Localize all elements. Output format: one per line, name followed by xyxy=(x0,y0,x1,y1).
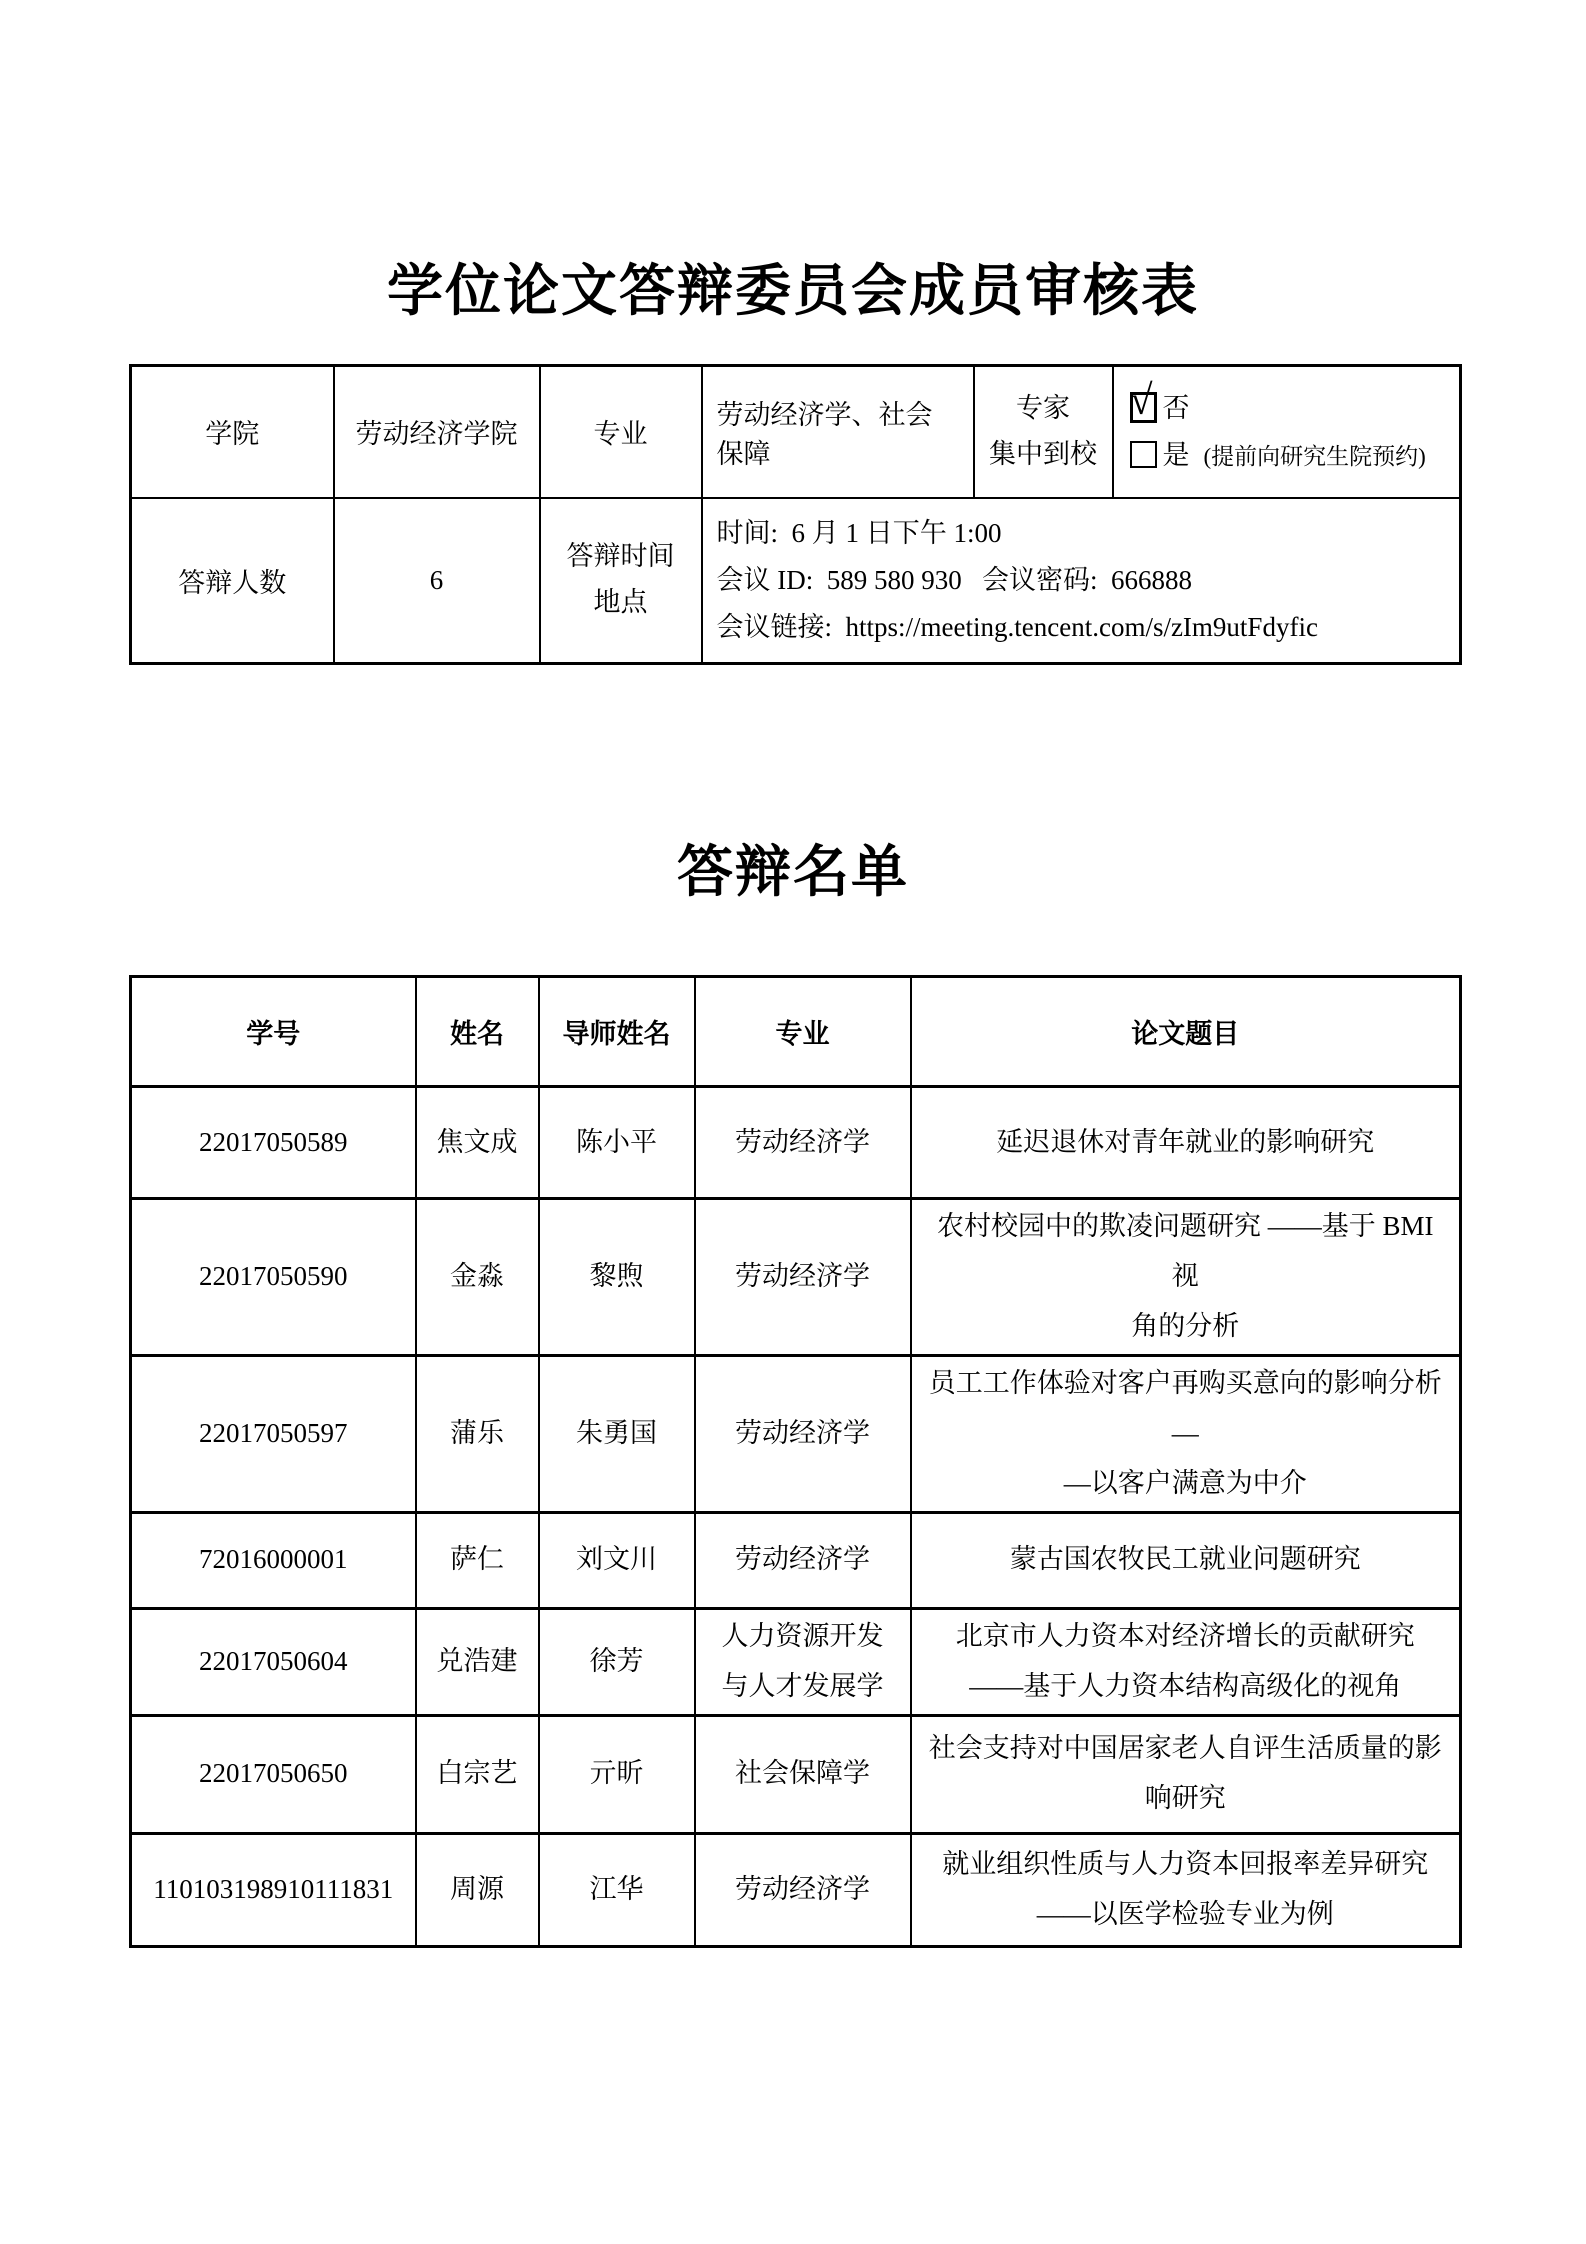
schedule-label: 答辩时间 地点 xyxy=(540,498,702,664)
header-major: 专业 xyxy=(695,977,911,1087)
expert-label-line1: 专家 xyxy=(981,386,1106,432)
major-cell: 劳动经济学 xyxy=(695,1087,911,1199)
name-cell: 白宗艺 xyxy=(416,1715,539,1833)
option-yes-label: 是 xyxy=(1163,440,1190,470)
thesis-title-cell: 蒙古国农牧民工就业问题研究 xyxy=(911,1512,1461,1608)
student-id-cell: 72016000001 xyxy=(131,1512,416,1608)
header-name: 姓名 xyxy=(416,977,539,1087)
major-cell: 劳动经济学 xyxy=(695,1355,911,1512)
table-row: 22017050604 兑浩建 徐芳 人力资源开发 与人才发展学 北京市人力资本… xyxy=(131,1608,1461,1715)
option-yes-note: (提前向研究生院预约) xyxy=(1204,444,1426,469)
name-cell: 蒲乐 xyxy=(416,1355,539,1512)
major-cell: 社会保障学 xyxy=(695,1715,911,1833)
expert-onsite-label: 专家 集中到校 xyxy=(974,366,1113,498)
defense-table: 学号 姓名 导师姓名 专业 论文题目 22017050589 焦文成 陈小平 劳… xyxy=(129,975,1462,1948)
thesis-title-cell: 社会支持对中国居家老人自评生活质量的影 响研究 xyxy=(911,1715,1461,1833)
name-cell: 萨仁 xyxy=(416,1512,539,1608)
meeting-time: 时间: 6 月 1 日下午 1:00 xyxy=(717,510,1446,557)
major-value: 劳动经济学、社会 保障 xyxy=(702,366,974,498)
thesis-title-cell: 员工工作体验对客户再购买意向的影响分析— —以客户满意为中介 xyxy=(911,1355,1461,1512)
list-title: 答辩名单 xyxy=(0,828,1586,908)
name-cell: 周源 xyxy=(416,1833,539,1946)
student-id-cell: 110103198910111831 xyxy=(131,1833,416,1946)
table-row: 22017050590 金淼 黎煦 劳动经济学 农村校园中的欺凌问题研究 ——基… xyxy=(131,1199,1461,1356)
thesis-title-cell: 就业组织性质与人力资本回报率差异研究 ——以医学检验专业为例 xyxy=(911,1833,1461,1946)
student-id-cell: 22017050650 xyxy=(131,1715,416,1833)
meeting-link[interactable]: https://meeting.tencent.com/s/zIm9utFdyf… xyxy=(846,612,1318,642)
info-table: 学院 劳动经济学院 专业 劳动经济学、社会 保障 专家 集中到校 √否 是(提前… xyxy=(129,364,1462,665)
college-value: 劳动经济学院 xyxy=(334,366,540,498)
option-no: √否 xyxy=(1130,392,1446,424)
header-student-id: 学号 xyxy=(131,977,416,1087)
thesis-title-cell: 延迟退休对青年就业的影响研究 xyxy=(911,1087,1461,1199)
student-id-cell: 22017050604 xyxy=(131,1608,416,1715)
name-cell: 金淼 xyxy=(416,1199,539,1356)
major-cell: 劳动经济学 xyxy=(695,1833,911,1946)
student-id-cell: 22017050597 xyxy=(131,1355,416,1512)
advisor-cell: 黎煦 xyxy=(539,1199,695,1356)
meeting-details: 时间: 6 月 1 日下午 1:00 会议 ID: 589 580 930 会议… xyxy=(702,498,1461,664)
table-row: 72016000001 萨仁 刘文川 劳动经济学 蒙古国农牧民工就业问题研究 xyxy=(131,1512,1461,1608)
check-mark-icon: √ xyxy=(1130,380,1153,422)
student-id-cell: 22017050589 xyxy=(131,1087,416,1199)
college-label: 学院 xyxy=(131,366,334,498)
table-row: 22017050650 白宗艺 亓昕 社会保障学 社会支持对中国居家老人自评生活… xyxy=(131,1715,1461,1833)
meeting-link-label: 会议链接: xyxy=(717,612,846,642)
table-row: 22017050597 蒲乐 朱勇国 劳动经济学 员工工作体验对客户再购买意向的… xyxy=(131,1355,1461,1512)
thesis-title-cell: 农村校园中的欺凌问题研究 ——基于 BMI 视 角的分析 xyxy=(911,1199,1461,1356)
meeting-id-line: 会议 ID: 589 580 930 会议密码: 666888 xyxy=(717,557,1446,604)
checkbox-checked-icon: √ xyxy=(1130,392,1157,423)
info-row-bottom: 答辩人数 6 答辩时间 地点 时间: 6 月 1 日下午 1:00 会议 ID:… xyxy=(131,498,1461,664)
advisor-cell: 陈小平 xyxy=(539,1087,695,1199)
checkbox-unchecked-icon xyxy=(1130,441,1157,468)
expert-label-line2: 集中到校 xyxy=(981,432,1106,478)
schedule-label-line1: 答辩时间 xyxy=(547,534,695,580)
major-cell: 人力资源开发 与人才发展学 xyxy=(695,1608,911,1715)
header-thesis-title: 论文题目 xyxy=(911,977,1461,1087)
name-cell: 兑浩建 xyxy=(416,1608,539,1715)
defense-count-value: 6 xyxy=(334,498,540,664)
meeting-link-line: 会议链接: https://meeting.tencent.com/s/zIm9… xyxy=(717,604,1446,651)
option-no-label: 否 xyxy=(1163,393,1190,423)
advisor-cell: 刘文川 xyxy=(539,1512,695,1608)
page-title: 学位论文答辩委员会成员审核表 xyxy=(0,247,1586,327)
table-row: 110103198910111831 周源 江华 劳动经济学 就业组织性质与人力… xyxy=(131,1833,1461,1946)
document-page: 学位论文答辩委员会成员审核表 学院 劳动经济学院 专业 劳动经济学、社会 保障 … xyxy=(0,0,1586,2244)
defense-table-header: 学号 姓名 导师姓名 专业 论文题目 xyxy=(131,977,1461,1087)
advisor-cell: 亓昕 xyxy=(539,1715,695,1833)
defense-count-label: 答辩人数 xyxy=(131,498,334,664)
advisor-cell: 朱勇国 xyxy=(539,1355,695,1512)
table-row: 22017050589 焦文成 陈小平 劳动经济学 延迟退休对青年就业的影响研究 xyxy=(131,1087,1461,1199)
info-row-top: 学院 劳动经济学院 专业 劳动经济学、社会 保障 专家 集中到校 √否 是(提前… xyxy=(131,366,1461,498)
thesis-title-cell: 北京市人力资本对经济增长的贡献研究 ——基于人力资本结构高级化的视角 xyxy=(911,1608,1461,1715)
advisor-cell: 徐芳 xyxy=(539,1608,695,1715)
header-advisor: 导师姓名 xyxy=(539,977,695,1087)
student-id-cell: 22017050590 xyxy=(131,1199,416,1356)
expert-onsite-options: √否 是(提前向研究生院预约) xyxy=(1113,366,1461,498)
advisor-cell: 江华 xyxy=(539,1833,695,1946)
major-cell: 劳动经济学 xyxy=(695,1512,911,1608)
major-label: 专业 xyxy=(540,366,702,498)
name-cell: 焦文成 xyxy=(416,1087,539,1199)
schedule-label-line2: 地点 xyxy=(547,580,695,626)
major-cell: 劳动经济学 xyxy=(695,1199,911,1356)
option-yes: 是(提前向研究生院预约) xyxy=(1130,439,1446,471)
